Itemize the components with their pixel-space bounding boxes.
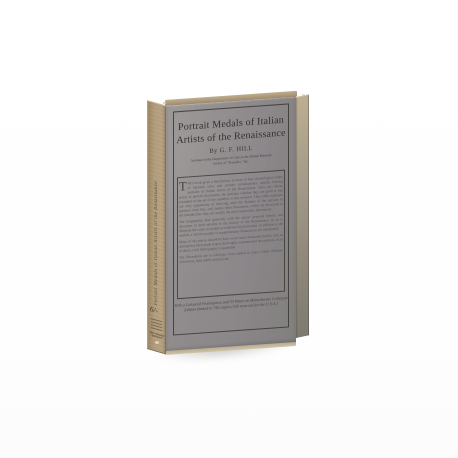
spine-imprint-text: THE MEDICI SOCIETY xyxy=(148,330,165,340)
spine-title: Portrait Medals of Italian Artists of th… xyxy=(152,118,161,307)
jacket-title: Portrait Medals of Italian Artists of th… xyxy=(174,113,288,147)
jacket-blurb-box: THIS book gives a description, in more o… xyxy=(177,170,285,300)
book-fore-edge xyxy=(296,94,309,338)
book-spine: Portrait Medals of Italian Artists of th… xyxy=(147,100,166,354)
jacket-rule-frame: Portrait Medals of Italian Artists of th… xyxy=(173,103,289,335)
jacket-limitation: With a Coloured Frontispiece and 33 Plat… xyxy=(174,295,288,317)
book-front-cover: Portrait Medals of Italian Artists of th… xyxy=(166,97,296,352)
blurb-dropcap: T xyxy=(179,181,188,192)
jacket-wear-chip xyxy=(302,94,305,96)
jacket-blurb: THIS book gives a description, in more o… xyxy=(179,175,283,267)
photo-background: Portrait Medals of Italian Artists of th… xyxy=(0,0,458,458)
spine-price: 6/- xyxy=(150,305,158,315)
blurb-paragraph: THIS book gives a description, in more o… xyxy=(179,175,283,218)
jacket-wear-chip xyxy=(155,341,159,344)
jacket-wear-chip xyxy=(163,102,166,104)
